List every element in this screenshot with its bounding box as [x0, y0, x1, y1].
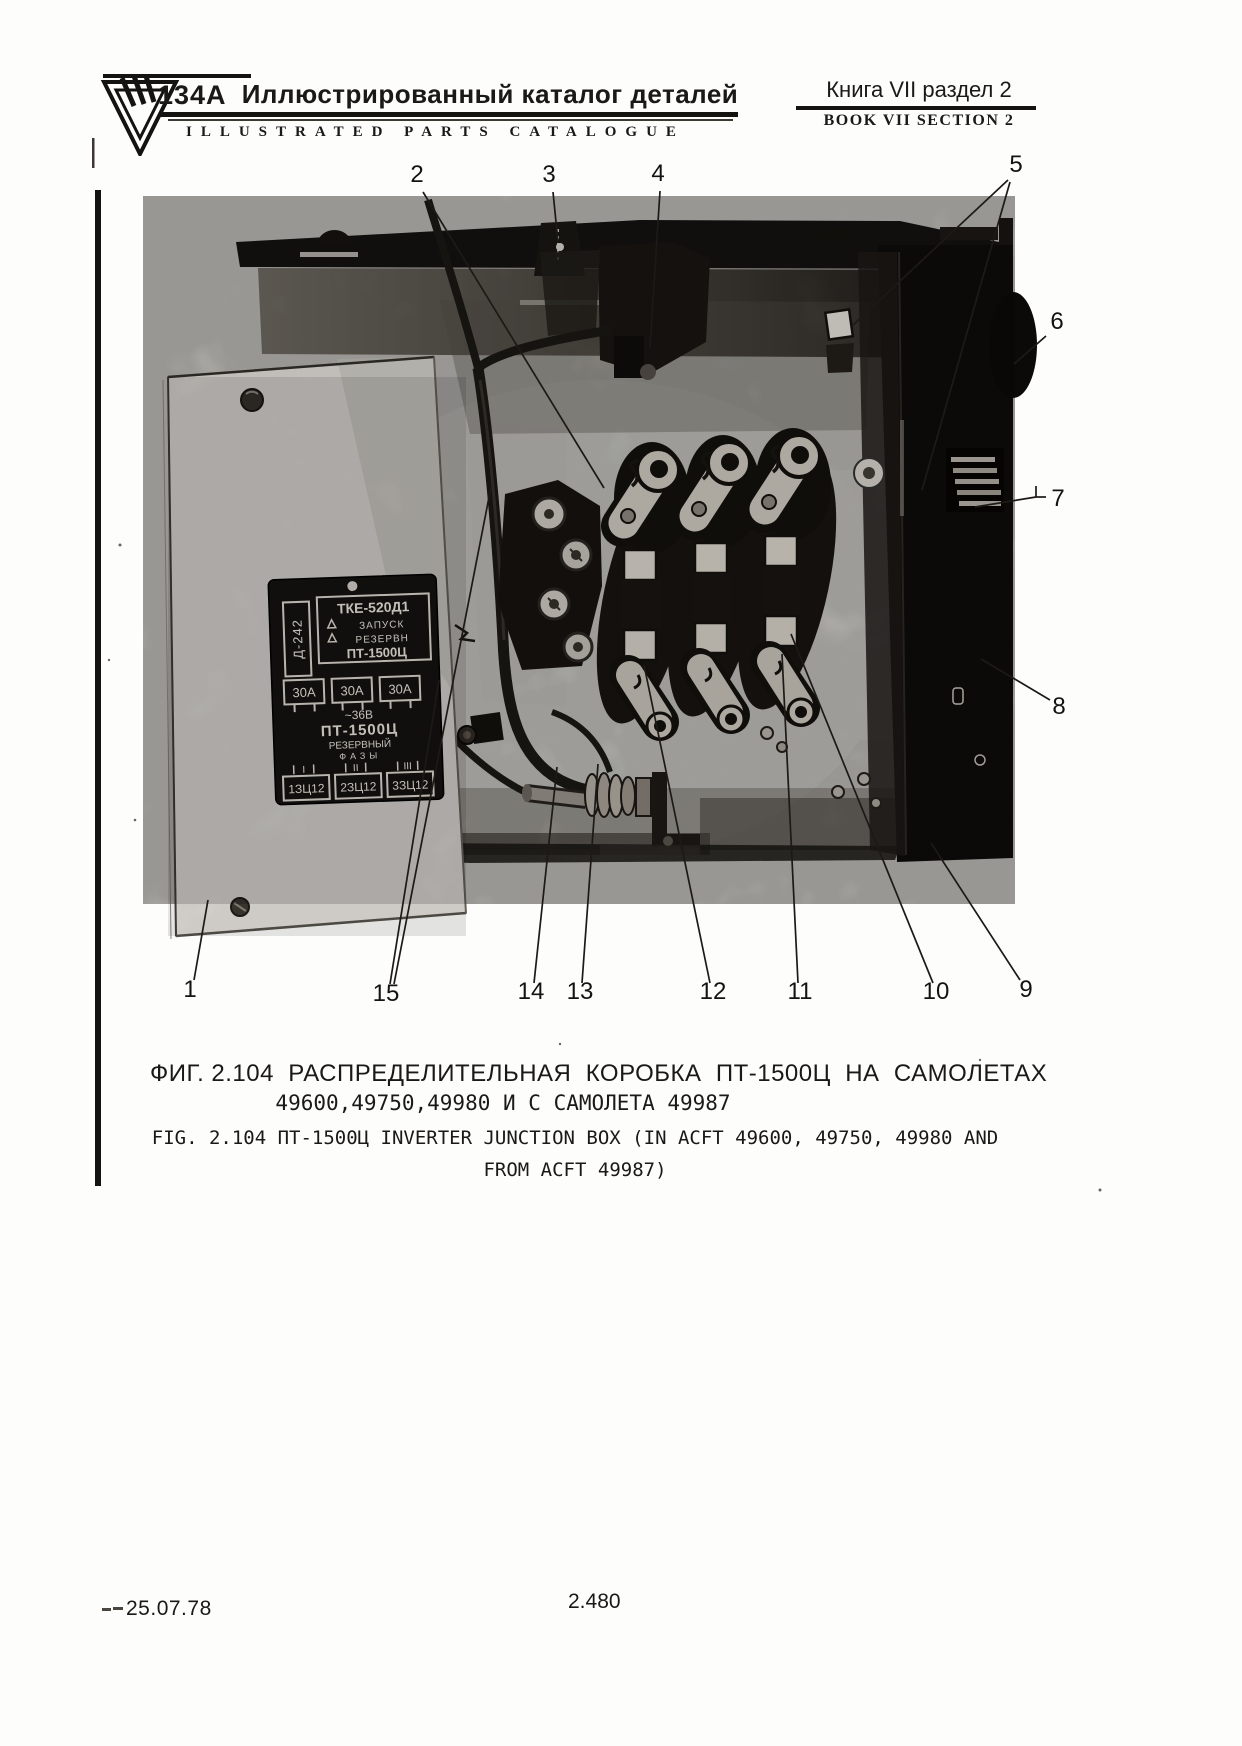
- callout-number-8: 8: [1052, 693, 1065, 720]
- callout-number-7: 7: [1051, 485, 1064, 512]
- book-section-ru: Книга VII раздел 2: [798, 77, 1040, 103]
- callout-number-10: 10: [923, 978, 950, 1005]
- figure-2-104-photo: Д-242 ТКЕ-520Д1 ЗАПУСК РЕЗЕРВН ПТ-1500Ц …: [0, 0, 1242, 1746]
- callout-number-14: 14: [518, 978, 545, 1005]
- margin-tick: [113, 1607, 123, 1610]
- caption-ru-line1: ФИГ. 2.104 РАСПРЕДЕЛИТЕЛЬНАЯ КОРОБКА ПТ-…: [150, 1060, 1000, 1088]
- callout-number-12: 12: [700, 978, 727, 1005]
- margin-tick: [102, 1608, 111, 1611]
- catalogue-title-ru: Иллюстрированный каталог деталей: [240, 79, 740, 110]
- callout-number-9: 9: [1019, 976, 1032, 1003]
- callout-number-15: 15: [373, 980, 400, 1007]
- left-margin-rule: [92, 138, 101, 1186]
- revision-date: 25.07.78: [126, 1597, 212, 1621]
- caption-ru-line2: 49600,49750,49980 И С САМОЛЕТА 49987: [150, 1091, 856, 1115]
- caption-en-line2: FROM ACFT 49987): [150, 1159, 1000, 1181]
- callout-number-11: 11: [788, 978, 813, 1005]
- callout-number-6: 6: [1050, 308, 1063, 335]
- page-number: 2.480: [568, 1590, 621, 1614]
- callout-number-5: 5: [1009, 151, 1022, 178]
- header-underline: [160, 112, 738, 117]
- callout-number-1: 1: [183, 976, 196, 1003]
- book-section-en: BOOK VII SECTION 2: [798, 112, 1040, 130]
- book-underline: [796, 106, 1036, 110]
- doc-number: 134A: [158, 80, 227, 111]
- photo-area: Д-242 ТКЕ-520Д1 ЗАПУСК РЕЗЕРВН ПТ-1500Ц …: [143, 196, 1037, 939]
- callout-number-13: 13: [567, 978, 594, 1005]
- callout-number-4: 4: [651, 160, 664, 187]
- catalogue-title-en: ILLUSTRATED PARTS CATALOGUE: [186, 124, 685, 141]
- callout-number-3: 3: [542, 161, 555, 188]
- caption-en-line1: FIG. 2.104 ПТ-1500Ц INVERTER JUNCTION BO…: [150, 1127, 1000, 1149]
- callout-number-2: 2: [410, 161, 423, 188]
- header-underline-2: [168, 119, 733, 121]
- catalogue-page: Д-242 ТКЕ-520Д1 ЗАПУСК РЕЗЕРВН ПТ-1500Ц …: [0, 0, 1242, 1746]
